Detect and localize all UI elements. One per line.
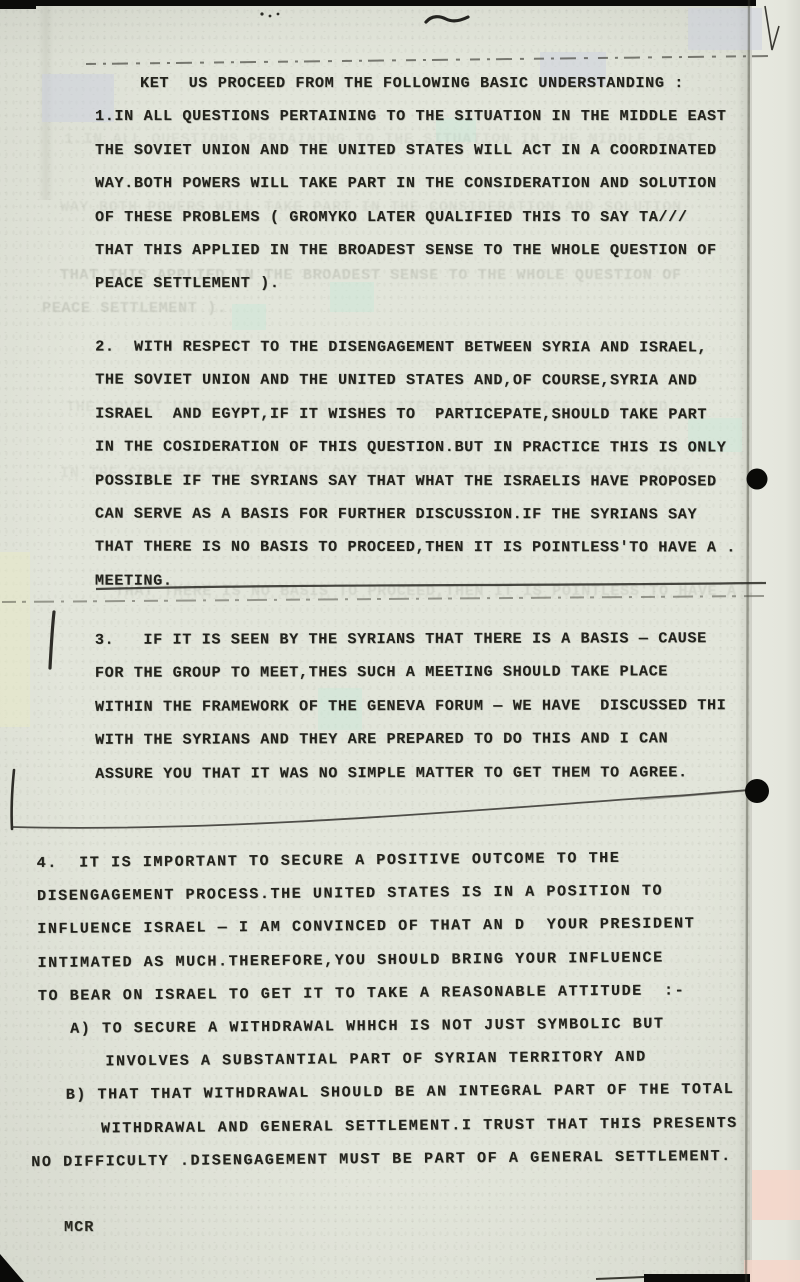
scan-tint-patch	[744, 1260, 800, 1282]
scan-tint-patch	[688, 8, 762, 50]
typed-line: ISRAEL AND EGYPT,IF IT WISHES TO PARTICE…	[95, 404, 736, 438]
ink-dot	[747, 469, 768, 490]
margin-pen-stroke	[50, 612, 54, 668]
scanned-document-page: 1.IN ALL QUESTIONS PERTAINING TO THE SIT…	[0, 0, 800, 1282]
typed-line: ASSURE YOU THAT IT WAS NO SIMPLE MATTER …	[95, 763, 727, 798]
typed-line: WITH THE SYRIANS AND THEY ARE PREPARED T…	[95, 729, 727, 764]
typist-initials: MCR	[64, 1218, 94, 1236]
typed-line: THAT THERE IS NO BASIS TO PROCEED,THEN I…	[95, 538, 736, 572]
ink-speck	[260, 12, 263, 15]
top-dashed-rule	[86, 56, 770, 64]
typed-line: THAT THIS APPLIED IN THE BROADEST SENSE …	[95, 241, 726, 274]
bottom-left-corner-wedge	[0, 1254, 24, 1282]
typed-line: FOR THE GROUP TO MEET,THES SUCH A MEETIN…	[95, 663, 727, 698]
paragraph-3: 3. IF IT IS SEEN BY THE SYRIANS THAT THE…	[95, 629, 727, 798]
paragraph-4: 4. IT IS IMPORTANT TO SECURE A POSITIVE …	[37, 848, 739, 1186]
checkmark-annotation	[765, 6, 779, 50]
typed-line: PEACE SETTLEMENT ).	[95, 274, 726, 307]
typed-line: WAY.BOTH POWERS WILL TAKE PART IN THE CO…	[95, 174, 726, 207]
typed-line: MEETING.	[95, 571, 736, 605]
typed-line: KET US PROCEED FROM THE FOLLOWING BASIC …	[95, 74, 726, 107]
ink-dot	[745, 779, 769, 803]
typed-line: 3. IF IT IS SEEN BY THE SYRIANS THAT THE…	[95, 629, 727, 664]
scan-tint-patch	[0, 552, 30, 727]
typed-line: 1.IN ALL QUESTIONS PERTAINING TO THE SIT…	[95, 107, 726, 140]
scan-tint-patch	[232, 304, 266, 330]
typed-line: NO DIFFICULTY .DISENGAGEMENT MUST BE PAR…	[31, 1147, 738, 1186]
typed-line: 2. WITH RESPECT TO THE DISENGAGEMENT BET…	[95, 338, 736, 372]
scan-smudge-column	[38, 0, 54, 200]
ink-speck	[269, 15, 272, 18]
typed-line: CAN SERVE AS A BASIS FOR FURTHER DISCUSS…	[95, 505, 736, 539]
typed-line: THE SOVIET UNION AND THE UNITED STATES A…	[95, 371, 736, 405]
handwritten-scribble	[426, 17, 468, 22]
scan-tint-patch	[752, 1170, 800, 1220]
typed-line: OF THESE PROBLEMS ( GROMYKO LATER QUALIF…	[95, 208, 726, 241]
bottom-edge-bar	[644, 1274, 750, 1282]
typed-line: THE SOVIET UNION AND THE UNITED STATES W…	[95, 141, 726, 174]
ink-speck	[277, 13, 280, 16]
top-edge-bar-corner	[0, 0, 36, 9]
typed-line: POSSIBLE IF THE SYRIANS SAY THAT WHAT TH…	[95, 471, 736, 505]
page-right-margin-strip	[750, 0, 800, 1282]
paragraph-intro: KET US PROCEED FROM THE FOLLOWING BASIC …	[95, 74, 726, 308]
bottom-edge-bar-tail	[596, 1277, 644, 1279]
page-fold-shadow	[736, 0, 752, 1282]
margin-pen-stroke	[12, 770, 14, 829]
page-fold-line	[746, 0, 749, 1282]
typed-line: IN THE COSIDERATION OF THIS QUESTION.BUT…	[95, 438, 736, 472]
typed-line: WITHIN THE FRAMEWORK OF THE GENEVA FORUM…	[95, 696, 727, 731]
paragraph-2: 2. WITH RESPECT TO THE DISENGAGEMENT BET…	[95, 338, 736, 606]
top-edge-bar	[0, 0, 756, 6]
